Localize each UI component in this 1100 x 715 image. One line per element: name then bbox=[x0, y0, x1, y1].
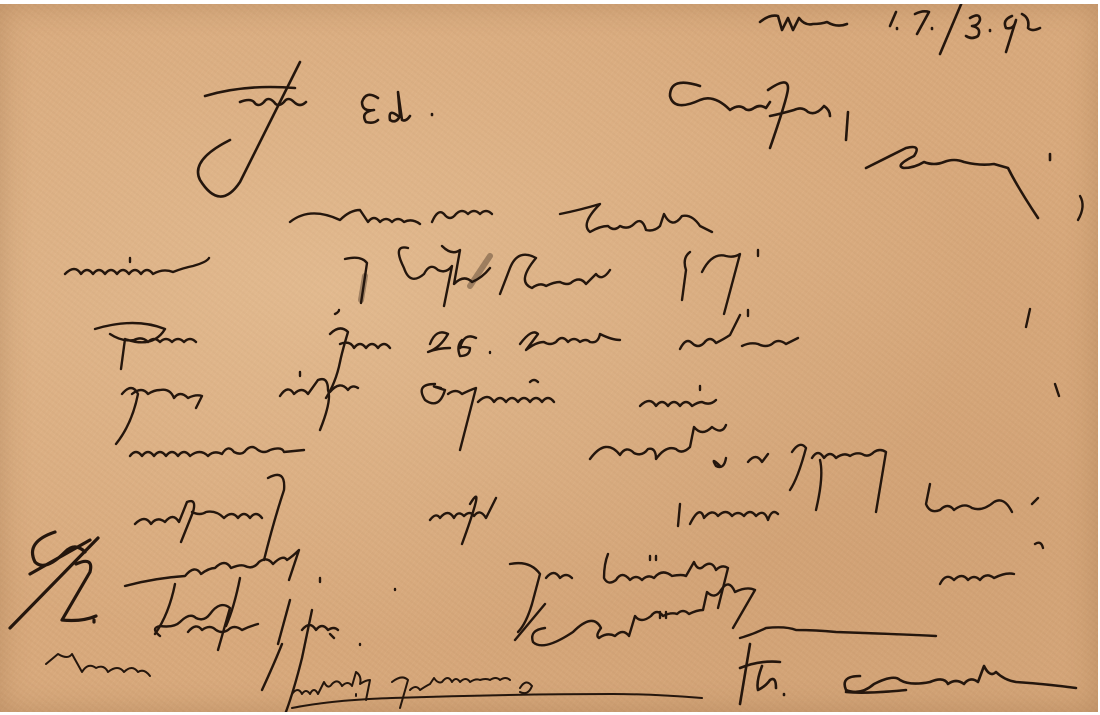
address-strokes bbox=[292, 672, 702, 708]
signature-strokes bbox=[740, 644, 1076, 704]
ink-smudges bbox=[361, 256, 490, 300]
body-line-7-strokes bbox=[125, 543, 1043, 634]
body-line-3-strokes bbox=[95, 309, 1030, 398]
handwriting-strokes bbox=[0, 4, 1098, 712]
body-line-4-strokes bbox=[116, 372, 1059, 450]
body-line-2-strokes bbox=[65, 246, 758, 314]
dateline-strokes bbox=[760, 4, 1040, 54]
body-line-1-strokes bbox=[290, 196, 1083, 232]
body-line-8-strokes bbox=[155, 584, 936, 712]
body-line-5-strokes bbox=[130, 425, 886, 512]
body-line-6-strokes bbox=[135, 475, 1038, 560]
city-strokes bbox=[866, 147, 1050, 218]
salutation-strokes bbox=[198, 62, 848, 197]
postcard: Wien 1. 7/3. 96. Herrn Ed. Kräfer, Berli… bbox=[0, 4, 1098, 712]
margin-note-strokes bbox=[10, 532, 150, 676]
